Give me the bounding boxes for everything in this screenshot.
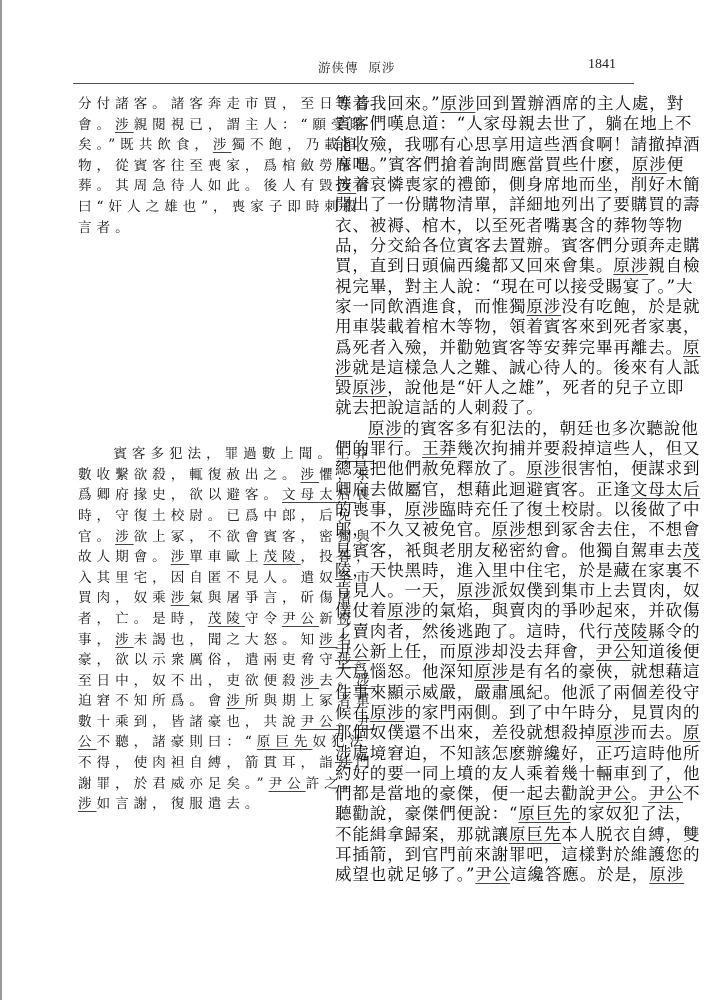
text-segment: 席吧。”賓客們搶着詢問應當買些什麽， xyxy=(335,155,632,174)
text-line: 毀原涉，說他是“奸人之雄”，死者的兒子立即 xyxy=(335,378,645,398)
text-segment: 未謁也，聞之大怒。知 xyxy=(134,632,319,648)
text-line: 席吧。”賓客們搶着詢問應當買些什麽，原涉便 xyxy=(335,155,645,175)
text-segment: 約好的要一同上墳的友人乘着幾十輛車到了，他 xyxy=(335,764,700,783)
proper-name: 文母太后 xyxy=(631,480,701,499)
text-segment: 新上任，而 xyxy=(370,642,457,661)
proper-name: 尹公 xyxy=(596,784,631,803)
text-line: 約好的要一同上墳的友人乘着幾十輛車到了，他 xyxy=(335,764,645,784)
text-segment: 郎，不久又被免官。 xyxy=(335,520,492,539)
text-line: 官。涉欲上冢，不欲會賓客，密獨與 xyxy=(78,527,306,548)
proper-name: 涉 xyxy=(115,529,134,545)
text-segment: 用車裝載着棺木等物，領着賓客來到死者家裏， xyxy=(335,317,700,336)
text-segment: 毀 xyxy=(335,378,352,397)
proper-name: 陵 xyxy=(335,561,352,580)
proper-name: 涉 xyxy=(335,744,352,763)
text-segment: 言者。 xyxy=(78,220,134,236)
text-line: 肯見人。一天，原涉派奴僕到集市上去買肉，奴 xyxy=(335,581,645,601)
text-line: 公不聽，諸豪則曰：“原巨先奴犯法 xyxy=(78,732,306,753)
text-segment: 爲死者入殮，并勸勉賓客等安葬完畢再離去。 xyxy=(335,338,683,357)
text-segment: 買肉，奴乘 xyxy=(78,590,171,606)
text-segment: 會。 xyxy=(78,117,115,133)
proper-name: 原涉 xyxy=(492,520,527,539)
text-line: 總是把他們赦免釋放了。原涉很害怕，便謀求到 xyxy=(335,459,645,479)
text-segment: 們都是當地的豪傑，便一起去勸說 xyxy=(335,784,596,803)
text-line: 涉處境窘迫，不知該怎麽辦纔好，正巧這時他所 xyxy=(335,744,645,764)
text-segment: 等着我回來。” xyxy=(335,94,441,113)
proper-name: 尹公 xyxy=(282,611,319,627)
text-line: 曰“奸人之雄也”，喪家子即時刺殺 xyxy=(78,197,306,218)
text-segment: 很害怕，便謀求到 xyxy=(561,459,700,478)
text-line: 不能緝拿歸案，那就讓原巨先本人脱衣自縛，雙 xyxy=(335,825,645,845)
proper-name: 茂陵 xyxy=(263,549,300,565)
text-segment: 開出了一份購物清單，詳細地列出了要購買的壽 xyxy=(335,195,700,214)
text-segment: 迫窘不知所爲。會 xyxy=(78,693,226,709)
text-line: 物，從賓客往至喪家，爲棺斂勞倈畢 xyxy=(78,156,306,177)
text-segment: 卿府去做屬官，想藉此迴避賓客。正逢 xyxy=(335,480,631,499)
text-segment: 的家奴犯了法， xyxy=(571,804,693,823)
proper-name: 涉 xyxy=(171,549,190,565)
text-segment: 的喪事， xyxy=(335,500,405,519)
text-segment: 買，直到日頭偏西纔都又回來會集。 xyxy=(335,256,613,275)
text-segment: 賓客多犯法，罪過數上聞。 xyxy=(113,446,336,462)
text-segment: 候在 xyxy=(335,703,370,722)
text-segment: 那個奴僕還不出來，差役就想殺掉 xyxy=(335,723,596,742)
translation-paragraph-2: 原涉的賓客多有犯法的，朝廷也多次聽說他們的罪行。王莽幾次拘捕并要殺掉這些人，但又… xyxy=(335,419,645,886)
text-line: 爲死者入殮，并勸勉賓客等安葬完畢再離去。原 xyxy=(335,338,645,358)
text-segment: 想到冢舍去住，不想會 xyxy=(526,520,700,539)
text-line: 陵，天快黑時，進入里中住宅，於是藏在家裏不 xyxy=(335,561,645,581)
text-segment: 親自檢 xyxy=(648,256,700,275)
proper-name: 涉 xyxy=(226,693,245,709)
text-segment: 們的罪行。 xyxy=(335,439,422,458)
text-line: 買，直到日頭偏西纔都又回來會集。原涉親自檢 xyxy=(335,256,645,276)
text-line: 等着我回來。”原涉回到置辦酒席的主人處，對 xyxy=(335,94,645,114)
text-segment: 知道後便 xyxy=(631,642,701,661)
proper-name: 原巨先 xyxy=(257,734,313,750)
section-title: 原涉 xyxy=(369,60,396,75)
text-segment: 時，守復土校尉。已爲中郎，后免 xyxy=(78,508,356,524)
text-segment: 按着哀憐喪家的禮節，側身席地而坐，削好木簡 xyxy=(335,175,700,194)
classical-text-column: 分付諸客。諸客奔走市買，至日昳皆會。涉親閱視已，謂主人：“願受賜矣。”既共飲食，… xyxy=(78,94,306,815)
text-line: 賓客們嘆息道：“人家母親去世了，躺在地上不 xyxy=(335,114,645,134)
scan-edge xyxy=(0,0,2,1000)
page-number: 1841 xyxy=(588,57,616,73)
text-line: 用車裝載着棺木等物，領着賓客來到死者家裏， xyxy=(335,317,645,337)
proper-name: 涉 xyxy=(335,358,352,377)
text-segment: 不得，使肉袒自縛，箭貫耳，詣廷門 xyxy=(78,755,375,771)
text-segment: 不 xyxy=(683,784,700,803)
text-segment: 没有吃飽，於是就 xyxy=(561,297,700,316)
text-segment: 故人期會。 xyxy=(78,549,171,565)
text-segment: 者，亡。是時， xyxy=(78,611,208,627)
text-segment: 分付諸客。諸客奔走市買，至日昳皆 xyxy=(78,96,375,112)
text-segment: 數十乘到，皆諸豪也，共說 xyxy=(78,714,301,730)
text-segment: 威望也就足够了。” xyxy=(335,865,475,884)
proper-name: 涉 xyxy=(115,632,134,648)
text-segment: 幾次拘捕并要殺掉這些人，但又 xyxy=(457,439,701,458)
text-line: 豪，欲以示衆厲俗，遣兩吏脅守涉。 xyxy=(78,650,306,671)
text-segment: 衣、被褥、棺木，以至死者嘴裏含的葬物等物 xyxy=(335,216,683,235)
text-line: 的喪事，原涉臨時充任了復土校尉。以後做了中 xyxy=(335,500,645,520)
text-segment: 肯見人。一天， xyxy=(335,581,457,600)
text-line: 見賓客，衹與老朋友秘密約會。他獨自駕車去茂 xyxy=(335,541,645,561)
text-segment: 葬。其周急待人如此。後人有毀 xyxy=(78,178,338,194)
text-segment: 臨時充任了復土校尉。以後做了中 xyxy=(439,500,700,519)
proper-name: 尹公 xyxy=(269,776,306,792)
text-segment: 回到置辦酒席的主人處，對 xyxy=(475,94,684,113)
proper-name: 尹公 xyxy=(475,865,510,884)
proper-name: 王莽 xyxy=(422,439,457,458)
text-line: 賓客多犯法，罪過數上聞。王莽 xyxy=(78,444,306,465)
text-segment: 是有名的豪俠，就想藉這 xyxy=(509,662,700,681)
text-line: 郎，不久又被免官。原涉想到冢舍去住，不想會 xyxy=(335,520,645,540)
proper-name: 尹公 xyxy=(301,714,338,730)
proper-name: 涉 xyxy=(301,467,320,483)
text-line: 矣。”既共飲食，涉獨不飽，乃載棺 xyxy=(78,135,306,156)
proper-name: 茂陵 xyxy=(208,611,245,627)
proper-name: 原涉 xyxy=(352,378,387,397)
proper-name: 尹公 xyxy=(648,784,683,803)
text-segment: 派奴僕到集市上去買肉，奴 xyxy=(492,581,701,600)
proper-name: 涉 xyxy=(78,796,97,812)
text-segment: 僕仗着 xyxy=(335,601,387,620)
text-segment: 爲卿府掾史，欲以避客。 xyxy=(78,487,282,503)
proper-name: 原巨先 xyxy=(509,825,561,844)
proper-name: 原涉 xyxy=(405,500,440,519)
text-line: 了賣肉者，然後逃跑了。這時，代行茂陵縣令的 xyxy=(335,622,645,642)
text-segment: ，天快黑時，進入里中住宅，於是藏在家裏不 xyxy=(352,561,700,580)
text-segment: 官。 xyxy=(78,529,115,545)
text-line: 件事來顯示威嚴，嚴肅風紀。他派了兩個差役守 xyxy=(335,683,645,703)
proper-name: 公 xyxy=(78,734,97,750)
proper-name: 原涉 xyxy=(613,256,648,275)
text-segment: 不能緝拿歸案，那就讓 xyxy=(335,825,509,844)
text-line: 時，守復土校尉。已爲中郎，后免 xyxy=(78,506,306,527)
text-segment: 入其里宅，因自匿不見人。遣奴至市 xyxy=(78,570,375,586)
proper-name: 原涉 xyxy=(368,419,403,438)
text-segment: 謝罪，於君威亦足矣。” xyxy=(78,776,269,792)
text-segment: 。 xyxy=(631,784,648,803)
proper-name: 原 xyxy=(683,338,700,357)
text-segment: 便 xyxy=(667,155,684,174)
text-line: 卿府去做屬官，想藉此迴避賓客。正逢文母太后 xyxy=(335,480,645,500)
text-line: 數十乘到，皆諸豪也，共說尹公。尹 xyxy=(78,712,306,733)
text-segment: 本人脱衣自縛，雙 xyxy=(561,825,700,844)
text-line: 品，分交給各位賓客去置辦。賓客們分頭奔走購 xyxy=(335,236,645,256)
text-segment: 單車歐上 xyxy=(189,549,263,565)
text-segment: 事， xyxy=(78,632,115,648)
text-line: 謝罪，於君威亦足矣。”尹公許之。 xyxy=(78,774,306,795)
text-segment: 氣與屠爭言，斫傷屠 xyxy=(189,590,356,606)
text-line: 就去把說這話的人刺殺了。 xyxy=(335,398,645,418)
chapter-title: 游侠傳 xyxy=(318,60,359,75)
text-line: 不得，使肉袒自縛，箭貫耳，詣廷門 xyxy=(78,753,306,774)
text-segment: 品，分交給各位賓客去置辦。賓客們分頭奔走購 xyxy=(335,236,700,255)
proper-name: 原涉 xyxy=(526,459,561,478)
text-segment: 賓客們嘆息道：“人家母親去世了，躺在地上不 xyxy=(335,114,692,133)
text-segment: 這纔答應。於是， xyxy=(510,865,649,884)
text-segment: 視完畢，對主人說：“現在可以接受賜宴了。”大 xyxy=(335,277,693,296)
text-line: 數收繫欲殺，輒復赦出之。涉懼，求 xyxy=(78,465,306,486)
text-line: 至日中，奴不出，吏欲便殺涉去。涉 xyxy=(78,671,306,692)
text-segment: 大爲惱怒。他深知 xyxy=(335,662,474,681)
text-segment: 親閱視已，謂主人：“願受賜 xyxy=(134,117,368,133)
text-segment: 耳插箭，到官門前來謝罪吧，這樣對於維護您的 xyxy=(335,845,700,864)
text-segment: 就是這樣急人之難、誠心待人的。後來有人詆 xyxy=(352,358,700,377)
header-rule xyxy=(73,83,634,84)
text-segment: 如言謝，復服遣去。 xyxy=(97,796,264,812)
proper-name: 涉 xyxy=(115,117,134,133)
text-line: 大爲惱怒。他深知原涉是有名的豪俠，就想藉這 xyxy=(335,662,645,682)
proper-name: 原涉 xyxy=(649,865,684,884)
text-segment: 不聽，諸豪則曰：“ xyxy=(97,734,257,750)
text-line: 衣、被褥、棺木，以至死者嘴裏含的葬物等物 xyxy=(335,216,645,236)
text-segment: ，說他是“奸人之雄”，死者的兒子立即 xyxy=(387,378,684,397)
text-segment: 能收殮，我哪有心思享用這些酒食啊！請撤掉酒 xyxy=(335,135,700,154)
classical-paragraph-1: 分付諸客。諸客奔走市買，至日昳皆會。涉親閱視已，謂主人：“願受賜矣。”既共飲食，… xyxy=(78,94,306,238)
text-line: 視完畢，對主人說：“現在可以接受賜宴了。”大 xyxy=(335,277,645,297)
text-segment: 物，從賓客往至喪家，爲棺斂勞倈畢 xyxy=(78,158,375,174)
text-segment: 至日中，奴不出，吏欲便殺 xyxy=(78,673,301,689)
proper-name: 原涉 xyxy=(632,155,667,174)
text-segment: 了賣肉者，然後逃跑了。這時，代行 xyxy=(335,622,613,641)
text-line: 能收殮，我哪有心思享用這些酒食啊！請撤掉酒 xyxy=(335,135,645,155)
text-line: 僕仗着原涉的氣焰，與賣肉的爭吵起來，并砍傷 xyxy=(335,601,645,621)
text-segment: 家一同飲酒進食，而惟獨 xyxy=(335,297,526,316)
proper-name: 原涉 xyxy=(441,94,476,113)
text-segment: 而去。 xyxy=(631,723,683,742)
proper-name: 原涉 xyxy=(526,297,561,316)
text-line: 言者。 xyxy=(78,218,306,239)
text-segment: 縣令的 xyxy=(648,622,700,641)
proper-name: 原 xyxy=(683,723,700,742)
text-line: 家一同飲酒進食，而惟獨原涉没有吃飽，於是就 xyxy=(335,297,645,317)
text-line: 迫窘不知所爲。會涉所與期上冢者車 xyxy=(78,691,306,712)
text-line: 涉就是這樣急人之難、誠心待人的。後來有人詆 xyxy=(335,358,645,378)
text-segment: 豪，欲以示衆厲俗，遣兩吏脅守 xyxy=(78,652,338,668)
proper-name: 原涉 xyxy=(387,601,422,620)
text-line: 候在原涉的家門兩側。到了中午時分，見買肉的 xyxy=(335,703,645,723)
classical-paragraph-2: 賓客多犯法，罪過數上聞。王莽數收繫欲殺，輒復赦出之。涉懼，求爲卿府掾史，欲以避客… xyxy=(78,444,306,815)
text-segment: 就去把說這話的人刺殺了。 xyxy=(335,398,544,417)
text-segment: 總是把他們赦免釋放了。 xyxy=(335,459,526,478)
proper-name: 原巨先 xyxy=(518,804,570,823)
proper-name: 茂陵 xyxy=(613,622,648,641)
text-line: 入其里宅，因自匿不見人。遣奴至市 xyxy=(78,568,306,589)
text-line: 原涉的賓客多有犯法的，朝廷也多次聽說他 xyxy=(335,419,645,439)
text-line: 買肉，奴乘涉氣與屠爭言，斫傷屠 xyxy=(78,588,306,609)
text-line: 葬。其周急待人如此。後人有毀涉者 xyxy=(78,176,306,197)
text-line: 按着哀憐喪家的禮節，側身席地而坐，削好木簡 xyxy=(335,175,645,195)
text-segment: 矣。”既共飲食， xyxy=(78,137,213,153)
text-segment: 守令 xyxy=(245,611,282,627)
proper-name: 原涉 xyxy=(457,642,492,661)
text-line: 爲卿府掾史，欲以避客。文母太后喪 xyxy=(78,485,306,506)
proper-name: 尹公 xyxy=(335,642,370,661)
text-segment: 聽勸說，豪傑們便說：“ xyxy=(335,804,518,823)
text-line: 尹公新上任，而原涉却没去拜會，尹公知道後便 xyxy=(335,642,645,662)
text-segment: 件事來顯示威嚴，嚴肅風紀。他派了兩個差役守 xyxy=(335,683,700,702)
translation-text-column: 等着我回來。”原涉回到置辦酒席的主人處，對賓客們嘆息道：“人家母親去世了，躺在地… xyxy=(335,94,645,886)
text-segment: 的氣焰，與賣肉的爭吵起來，并砍傷 xyxy=(422,601,700,620)
text-line: 威望也就足够了。”尹公這纔答應。於是，原涉 xyxy=(335,865,645,885)
text-line: 者，亡。是時，茂陵守令尹公新視 xyxy=(78,609,306,630)
proper-name: 原涉 xyxy=(596,723,631,742)
proper-name: 原涉 xyxy=(370,703,405,722)
running-head: 游侠傳原涉 1841 xyxy=(0,58,716,78)
text-line: 們的罪行。王莽幾次拘捕并要殺掉這些人，但又 xyxy=(335,439,645,459)
proper-name: 原涉 xyxy=(474,662,509,681)
text-line: 聽勸說，豪傑們便說：“原巨先的家奴犯了法， xyxy=(335,804,645,824)
running-title: 游侠傳原涉 xyxy=(318,58,396,76)
text-segment: 却没去拜會， xyxy=(492,642,596,661)
proper-name: 涉 xyxy=(171,590,190,606)
text-line: 涉如言謝，復服遣去。 xyxy=(78,794,306,815)
proper-name: 涉 xyxy=(301,673,320,689)
text-segment: 處境窘迫，不知該怎麽辦纔好，正巧這時他所 xyxy=(352,744,700,763)
text-line: 事，涉未謁也，聞之大怒。知涉名 xyxy=(78,630,306,651)
text-segment: 數收繫欲殺，輒復赦出之。 xyxy=(78,467,301,483)
proper-name: 涉 xyxy=(213,137,232,153)
text-line: 開出了一份購物清單，詳細地列出了要購買的壽 xyxy=(335,195,645,215)
text-line: 那個奴僕還不出來，差役就想殺掉原涉而去。原 xyxy=(335,723,645,743)
proper-name: 原涉 xyxy=(457,581,492,600)
text-segment: 的家門兩側。到了中午時分，見買肉的 xyxy=(405,703,701,722)
text-line: 會。涉親閱視已，謂主人：“願受賜 xyxy=(78,115,306,136)
paragraph-spacer xyxy=(78,238,306,444)
text-line: 分付諸客。諸客奔走市買，至日昳皆 xyxy=(78,94,306,115)
translation-paragraph-1: 等着我回來。”原涉回到置辦酒席的主人處，對賓客們嘆息道：“人家母親去世了，躺在地… xyxy=(335,94,645,419)
text-segment: 曰“奸人之雄也”，喪家子即時刺殺 xyxy=(78,199,361,215)
text-line: 故人期會。涉單車歐上茂陵，投暮， xyxy=(78,547,306,568)
text-segment: 見賓客，衹與老朋友秘密約會。他獨自駕車去 xyxy=(335,541,683,560)
proper-name: 尹公 xyxy=(596,642,631,661)
proper-name: 茂 xyxy=(683,541,700,560)
text-segment: 的賓客多有犯法的，朝廷也多次聽說他 xyxy=(403,419,699,438)
text-line: 們都是當地的豪傑，便一起去勸說尹公。尹公不 xyxy=(335,784,645,804)
text-line: 耳插箭，到官門前來謝罪吧，這樣對於維護您的 xyxy=(335,845,645,865)
